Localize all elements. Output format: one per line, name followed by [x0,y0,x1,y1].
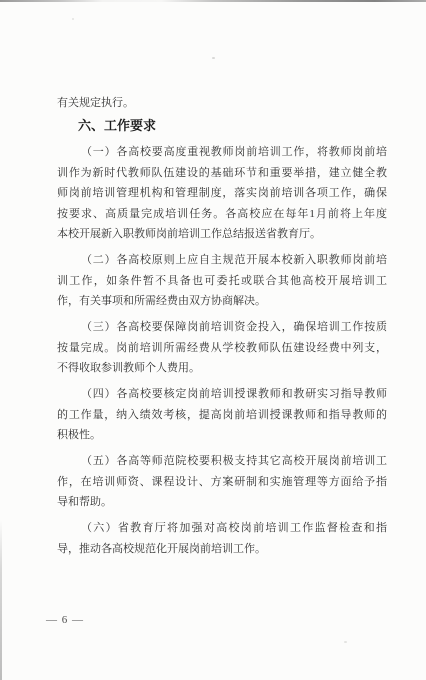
scan-speck [72,18,74,20]
paragraph-continuation-line: 有关规定执行。 [57,93,387,114]
body-line: 师岗前培训管理机构和管理制度，落实岗前培训各项工作，确保 [57,183,387,204]
body-line: 的工作量，纳入绩效考核，提高岗前培训授课教师和指导教师的 [57,405,387,426]
document-body: 有关规定执行。 六、工作要求 （一）各高校要高度重视教师岗前培训工作，将教师岗前… [57,93,387,559]
paragraph: （二）各高校原则上应自主规范开展本校新入职教师岗前培训工作，如条件暂不具备也可委… [57,250,387,312]
body-line: 作，在培训师资、课程设计、方案研制和实施管理等方面给予指 [57,472,387,493]
scan-speck [212,57,215,59]
body-line: （一）各高校要高度重视教师岗前培训工作，将教师岗前培 [57,142,387,163]
body-line: （四）各高校要核定岗前培训授课教师和教研实习指导教师 [57,384,387,405]
body-line: 导，推动各高校规范化开展岗前培训工作。 [57,539,387,560]
paragraph: （一）各高校要高度重视教师岗前培训工作，将教师岗前培训作为新时代教师队伍建设的基… [57,142,387,245]
paragraph: （三）各高校要保障岗前培训资金投入，确保培训工作按质按量完成。岗前培训所需经费从… [57,317,387,379]
body-line: （五）各高等师范院校要积极支持其它高校开展岗前培训工 [57,451,387,472]
body-line: 按要求、高质量完成培训任务。各高校应在每年1月前将上年度 [57,204,387,225]
page-number: — 6 — [46,612,96,628]
body-line: 作，有关事项和所需经费由双方协商解决。 [57,291,387,312]
body-line: 按量完成。岗前培训所需经费从学校教师队伍建设经费中列支， [57,338,387,359]
body-line: 导和帮助。 [57,492,387,513]
paragraph: （五）各高等师范院校要积极支持其它高校开展岗前培训工作，在培训师资、课程设计、方… [57,451,387,513]
body-line: （三）各高校要保障岗前培训资金投入，确保培训工作按质 [57,317,387,338]
body-line: （六）省教育厅将加强对高校岗前培训工作监督检查和指 [57,518,387,539]
body-line: 积极性。 [57,425,387,446]
body-line: 本校开展新入职教师岗前培训工作总结报送省教育厅。 [57,224,387,245]
paragraph: （四）各高校要核定岗前培训授课教师和教研实习指导教师的工作量，纳入绩效考核，提高… [57,384,387,446]
section-heading: 六、工作要求 [57,116,387,137]
scan-edge-left [0,520,2,680]
paragraphs-container: （一）各高校要高度重视教师岗前培训工作，将教师岗前培训作为新时代教师队伍建设的基… [57,142,387,559]
body-line: 不得收取参训教师个人费用。 [57,358,387,379]
body-line: 训工作，如条件暂不具备也可委托或联合其他高校开展培训工 [57,271,387,292]
body-line: 训作为新时代教师队伍建设的基础环节和重要举措，建立健全教 [57,163,387,184]
scan-speck [344,641,347,643]
paragraph: （六）省教育厅将加强对高校岗前培训工作监督检查和指导，推动各高校规范化开展岗前培… [57,518,387,559]
body-line: （二）各高校原则上应自主规范开展本校新入职教师岗前培 [57,250,387,271]
scanned-document-page: 有关规定执行。 六、工作要求 （一）各高校要高度重视教师岗前培训工作，将教师岗前… [0,0,426,680]
scan-edge-top [0,0,426,2]
